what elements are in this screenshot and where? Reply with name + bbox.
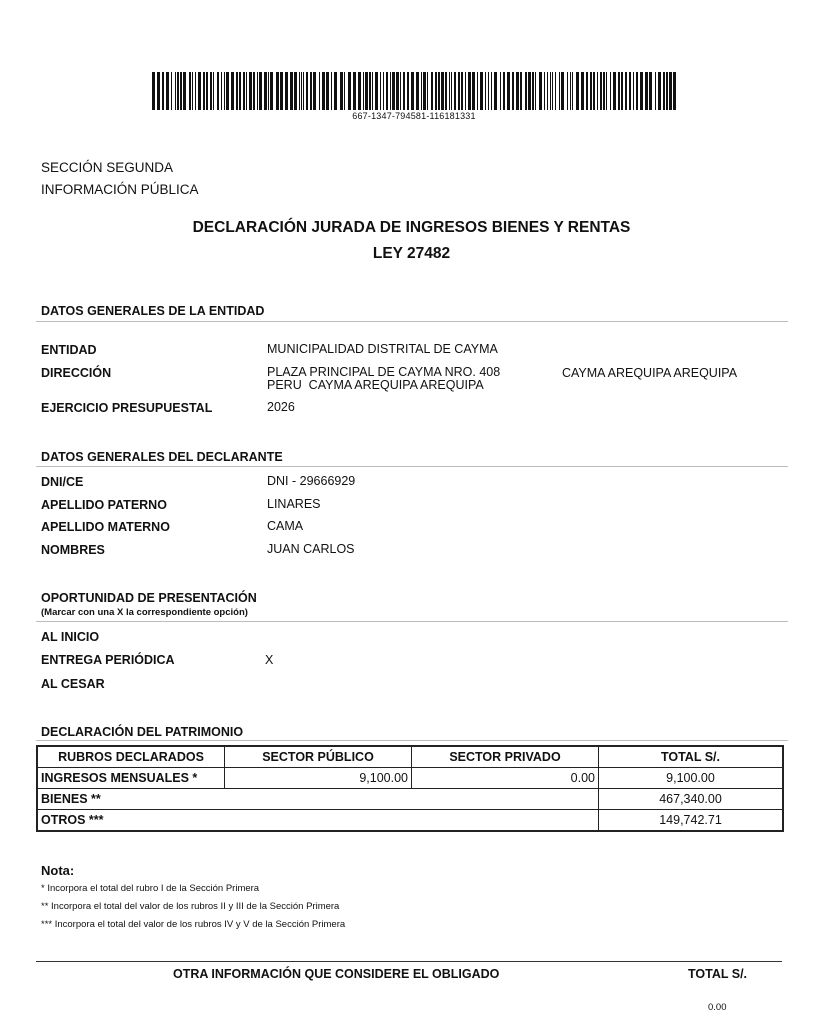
option-al-inicio: AL INICIO: [41, 630, 99, 644]
divider: [36, 321, 788, 322]
info-label: INFORMACIÓN PÚBLICA: [41, 182, 199, 197]
apellido-materno-label: APELLIDO MATERNO: [41, 520, 170, 534]
column-header: RUBROS DECLARADOS: [37, 746, 225, 768]
column-header: SECTOR PRIVADO: [412, 746, 599, 768]
note-item: *** Incorpora el total del valor de los …: [41, 919, 345, 930]
rubro-cell: BIENES **: [37, 789, 599, 810]
entidad-label: ENTIDAD: [41, 343, 97, 357]
entidad-value: MUNICIPALIDAD DISTRITAL DE CAYMA: [267, 343, 498, 356]
divider: [36, 961, 782, 962]
table-row: INGRESOS MENSUALES * 9,100.00 0.00 9,100…: [37, 768, 783, 789]
ejercicio-label: EJERCICIO PRESUPUESTAL: [41, 401, 212, 415]
divider: [36, 740, 788, 741]
barcode-number: 667-1347-794581-116181331: [152, 111, 676, 121]
direccion-extra: CAYMA AREQUIPA AREQUIPA: [562, 366, 737, 380]
apellido-paterno-label: APELLIDO PATERNO: [41, 498, 167, 512]
total-cell: 467,340.00: [599, 789, 784, 810]
option-entrega-periodica: ENTREGA PERIÓDICA: [41, 653, 175, 667]
note-item: ** Incorpora el total del valor de los r…: [41, 901, 339, 912]
table-row: BIENES ** 467,340.00: [37, 789, 783, 810]
privado-cell: 0.00: [412, 768, 599, 789]
apellido-paterno-value: LINARES: [267, 498, 321, 511]
declarante-heading: DATOS GENERALES DEL DECLARANTE: [41, 450, 283, 464]
nombres-label: NOMBRES: [41, 543, 105, 557]
mark-entrega-periodica: X: [265, 653, 273, 667]
divider: [36, 466, 788, 467]
column-header: SECTOR PÚBLICO: [225, 746, 412, 768]
section-label: SECCIÓN SEGUNDA: [41, 160, 173, 175]
patrimonio-heading: DECLARACIÓN DEL PATRIMONIO: [41, 725, 243, 739]
otra-info-heading: OTRA INFORMACIÓN QUE CONSIDERE EL OBLIGA…: [173, 967, 499, 981]
otra-info-total-label: TOTAL S/.: [688, 967, 747, 981]
patrimonio-table: RUBROS DECLARADOS SECTOR PÚBLICO SECTOR …: [36, 745, 784, 832]
ejercicio-value: 2026: [267, 401, 295, 414]
direccion-label: DIRECCIÓN: [41, 366, 111, 380]
direccion-line2: PERU CAYMA AREQUIPA AREQUIPA: [267, 379, 484, 392]
dni-label: DNI/CE: [41, 475, 83, 489]
publico-cell: 9,100.00: [225, 768, 412, 789]
column-header: TOTAL S/.: [599, 746, 784, 768]
barcode: [152, 72, 676, 110]
oportunidad-instruction: (Marcar con una X la correspondiente opc…: [41, 607, 248, 618]
table-row: OTROS *** 149,742.71: [37, 810, 783, 832]
note-item: * Incorpora el total del rubro I de la S…: [41, 883, 259, 894]
apellido-materno-value: CAMA: [267, 520, 303, 533]
otra-info-total-value: 0.00: [708, 1002, 727, 1013]
table-header-row: RUBROS DECLARADOS SECTOR PÚBLICO SECTOR …: [37, 746, 783, 768]
total-cell: 149,742.71: [599, 810, 784, 832]
option-al-cesar: AL CESAR: [41, 677, 105, 691]
dni-value: DNI - 29666929: [267, 475, 355, 488]
rubro-cell: OTROS ***: [37, 810, 599, 832]
law-number: LEY 27482: [0, 245, 823, 263]
oportunidad-heading: OPORTUNIDAD DE PRESENTACIÓN: [41, 591, 257, 605]
notes-title: Nota:: [41, 863, 74, 878]
entidad-heading: DATOS GENERALES DE LA ENTIDAD: [41, 304, 264, 318]
rubro-cell: INGRESOS MENSUALES *: [37, 768, 225, 789]
nombres-value: JUAN CARLOS: [267, 543, 355, 556]
total-cell: 9,100.00: [599, 768, 784, 789]
document-title: DECLARACIÓN JURADA DE INGRESOS BIENES Y …: [0, 219, 823, 237]
divider: [36, 621, 788, 622]
